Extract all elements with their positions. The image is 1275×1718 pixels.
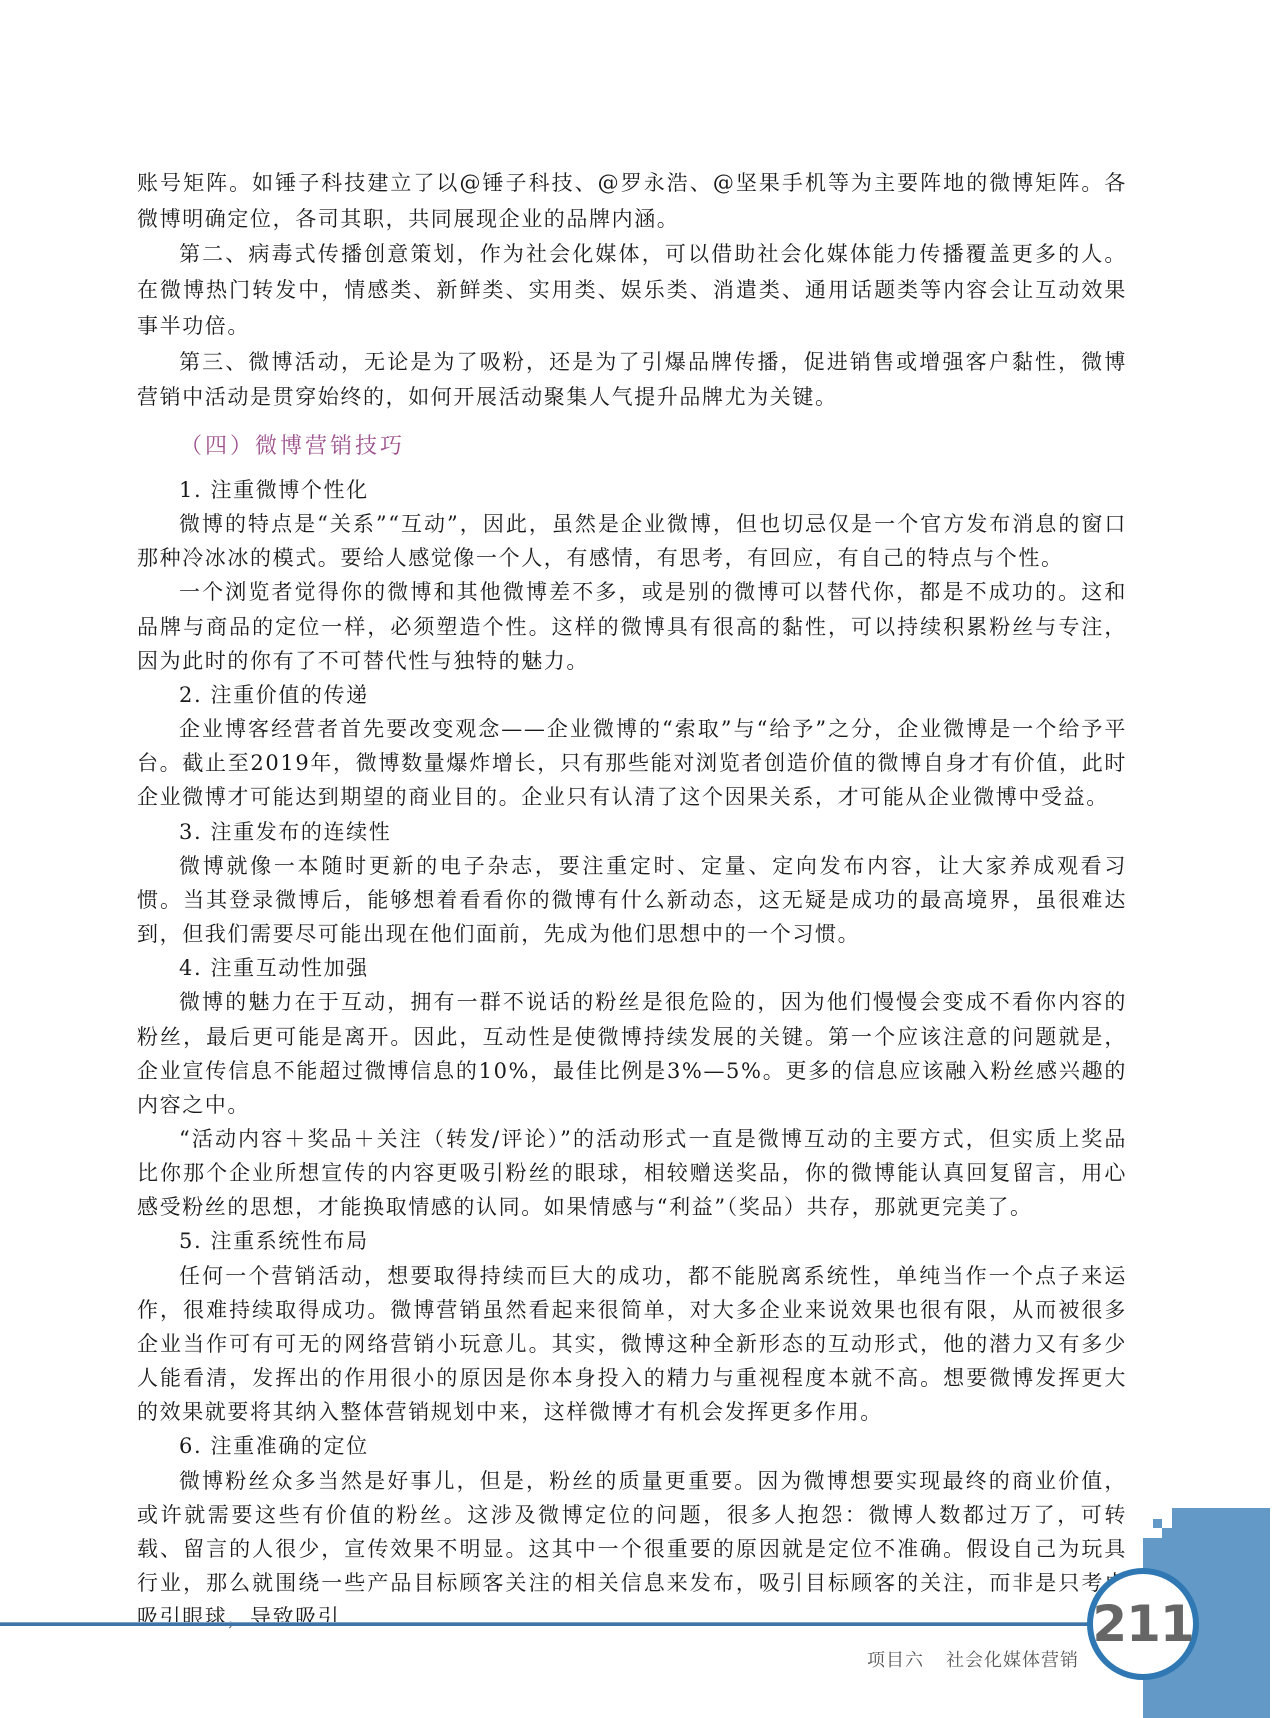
running-footer: 项目六社会化媒体营销: [867, 1646, 1079, 1672]
item-3-paragraph-1: 微博就像一本随时更新的电子杂志，要注重定时、定量、定向发布内容，让大家养成观看习…: [137, 849, 1127, 951]
section-heading: （四）微博营销技巧: [180, 429, 405, 460]
page-number-badge: 211: [1087, 1568, 1199, 1680]
book-page: 账号矩阵。如锤子科技建立了以@锤子科技、@罗永浩、@坚果手机等为主要阵地的微博矩…: [0, 0, 1275, 1718]
tips-text-block: 1. 注重微博个性化 微博的特点是“关系”“互动”，因此，虽然是企业微博，但也切…: [137, 473, 1127, 1634]
decorative-pixel-square: [1153, 1519, 1162, 1528]
item-2-paragraph-1: 企业博客经营者首先要改变观念——企业微博的“索取”与“给予”之分，企业微博是一个…: [137, 712, 1127, 814]
item-title-4: 4. 注重互动性加强: [137, 951, 1127, 985]
item-title-1: 1. 注重微博个性化: [137, 473, 1127, 507]
item-5-paragraph-1: 任何一个营销活动，想要取得持续而巨大的成功，都不能脱离系统性，单纯当作一个点子来…: [137, 1259, 1127, 1430]
page-number: 211: [1092, 1595, 1193, 1653]
item-1-paragraph-2: 一个浏览者觉得你的微博和其他微博差不多，或是别的微博可以替代你，都是不成功的。这…: [137, 575, 1127, 677]
item-6-paragraph-1: 微博粉丝众多当然是好事儿，但是，粉丝的质量更重要。因为微博想要实现最终的商业价值…: [137, 1464, 1127, 1635]
item-4-paragraph-2: “活动内容＋奖品＋关注（转发/评论）”的活动形式一直是微博互动的主要方式，但实质…: [137, 1122, 1127, 1224]
project-label: 项目六: [867, 1650, 924, 1671]
paragraph-weibo-activities: 第三、微博活动，无论是为了吸粉，还是为了引爆品牌传播，促进销售或增强客户黏性，微…: [137, 345, 1127, 416]
item-title-2: 2. 注重价值的传递: [137, 678, 1127, 712]
item-title-5: 5. 注重系统性布局: [137, 1224, 1127, 1258]
paragraph-viral-marketing: 第二、病毒式传播创意策划，作为社会化媒体，可以借助社会化媒体能力传播覆盖更多的人…: [137, 237, 1127, 344]
upper-text-block: 账号矩阵。如锤子科技建立了以@锤子科技、@罗永浩、@坚果手机等为主要阵地的微博矩…: [137, 166, 1127, 416]
item-4-paragraph-1: 微博的魅力在于互动，拥有一群不说话的粉丝是很危险的，因为他们慢慢会变成不看你内容…: [137, 985, 1127, 1122]
footer-rule: [0, 1622, 1090, 1626]
item-1-paragraph-1: 微博的特点是“关系”“互动”，因此，虽然是企业微博，但也切忌仅是一个官方发布消息…: [137, 507, 1127, 575]
item-title-6: 6. 注重准确的定位: [137, 1429, 1127, 1463]
decorative-blue-block-top: [1172, 1508, 1270, 1540]
item-title-3: 3. 注重发布的连续性: [137, 815, 1127, 849]
chapter-title: 社会化媒体营销: [946, 1650, 1079, 1671]
continuation-paragraph: 账号矩阵。如锤子科技建立了以@锤子科技、@罗永浩、@坚果手机等为主要阵地的微博矩…: [137, 166, 1127, 237]
